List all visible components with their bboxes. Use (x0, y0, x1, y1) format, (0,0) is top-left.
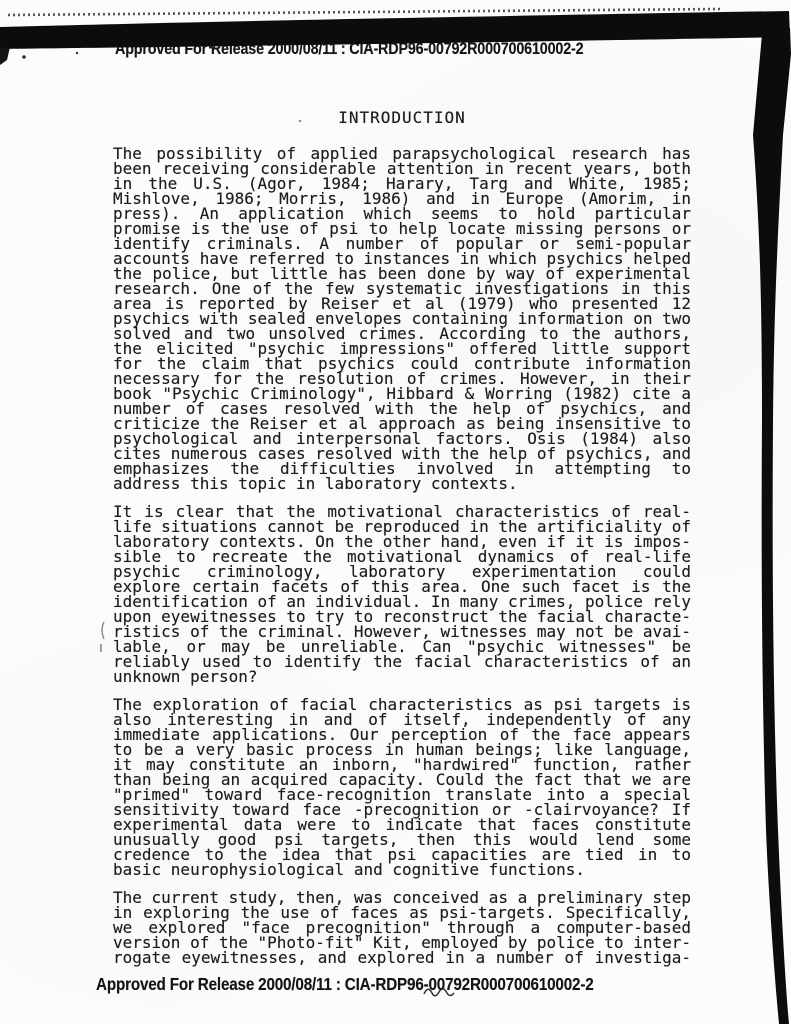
scan-margin-mark (102, 622, 104, 639)
scan-speck (76, 52, 78, 54)
section-title: INTRODUCTION (113, 108, 691, 127)
scan-margin-mark (100, 644, 102, 652)
scan-speck (22, 55, 25, 58)
paragraph: The current study, then, was conceived a… (113, 890, 691, 965)
paragraph: The exploration of facial characteristic… (113, 697, 691, 877)
text-line: rogate eyewitnesses, and explored in a n… (113, 950, 691, 965)
classification-footer-stamp: Approved For Release 2000/08/11 : CIA-RD… (96, 974, 594, 995)
scan-left-blob (0, 47, 10, 65)
classification-header-stamp: Approved For Release 2000/08/11 : CIA-RD… (115, 40, 583, 59)
text-line: unknown person? (113, 669, 691, 684)
text-line: address this topic in laboratory context… (113, 476, 691, 491)
scan-right-streak (753, 28, 791, 1024)
text-line: basic neurophysiological and cognitive f… (113, 862, 691, 877)
paragraph: The possibility of applied parapsycholog… (113, 146, 691, 491)
paragraph: It is clear that the motivational charac… (113, 504, 691, 684)
document-body: The possibility of applied parapsycholog… (113, 146, 691, 978)
scanned-page: Approved For Release 2000/08/11 : CIA-RD… (0, 0, 791, 1024)
scan-dotted-edge (8, 9, 720, 15)
